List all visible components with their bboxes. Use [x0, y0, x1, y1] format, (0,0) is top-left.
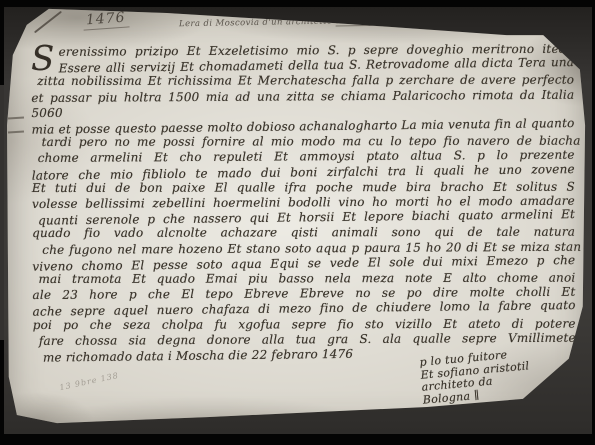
archive-year-note: 1476: [82, 9, 129, 30]
letter-line: Et tuti dui de bon paixe El qualle ifra …: [32, 179, 575, 196]
letter-line: quado fio vado alcnolte achazare qisti a…: [32, 225, 575, 242]
photo-frame: 1476 Lera di Moscovia d'un architetto ar…: [0, 0, 595, 445]
photo-edge-sliver: [0, 85, 4, 340]
signature-block: p lo tuo fuitore Et sofiano aristotil ar…: [419, 347, 532, 406]
margin-mark: [8, 116, 24, 119]
letter-line: poi po che seza cholpa fu xgofua sepre f…: [33, 316, 576, 333]
manuscript-paper: 1476 Lera di Moscovia d'un architetto ar…: [7, 5, 588, 429]
pencil-archive-note: 13 9bre 138: [59, 371, 120, 392]
letter-line: tardi pero no me possi fornire al mio mo…: [42, 134, 581, 151]
letter-line: mai tramota Et quado Emai piu basso nela…: [38, 271, 575, 288]
margin-mark: [8, 130, 24, 133]
letter-body: S erenissimo prizipo Et Exzeletisimo mio…: [31, 42, 576, 365]
letter-line: zitta nobilissima Et richissima Et Merch…: [37, 73, 574, 90]
letter-line: et passar piu holtra 1500 mia ad una zit…: [31, 87, 574, 121]
